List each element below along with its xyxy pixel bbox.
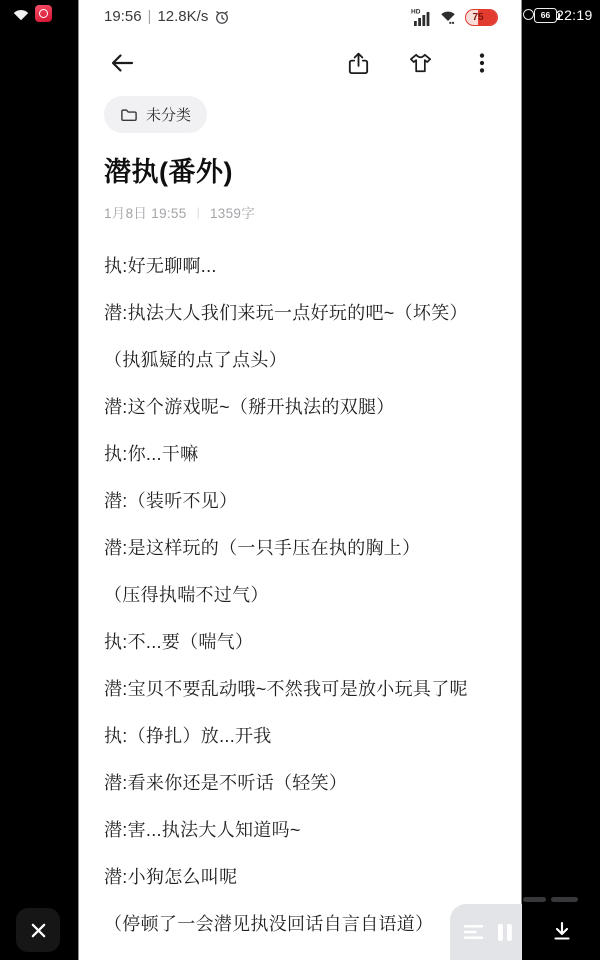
app-notification-icon bbox=[35, 5, 52, 22]
hd-signal-icon: HD bbox=[411, 7, 431, 27]
network-speed: 12.8K/s bbox=[157, 8, 208, 25]
inner-status-right: HD 75 bbox=[411, 7, 498, 27]
svg-text:HD: HD bbox=[411, 9, 421, 16]
screenshot-preview: 19:56 | 12.8K/s HD 75 未分类 潜执(番外) 1月8日 19… bbox=[78, 0, 522, 960]
inner-status-left: 19:56 | 12.8K/s bbox=[104, 8, 230, 25]
progress-dash bbox=[523, 897, 546, 902]
note-paragraph: 潜:这个游戏呢~（掰开执法的双腿） bbox=[104, 397, 503, 417]
floating-tool-panel bbox=[450, 904, 522, 960]
note-body[interactable]: 执:好无聊啊...潜:执法大人我们来玩一点好玩的吧~（坏笑）（执狐疑的点了点头）… bbox=[104, 256, 503, 960]
nav-actions bbox=[343, 48, 497, 78]
note-meta: 1月8日 19:55 | 1359字 bbox=[104, 202, 255, 222]
more-menu-button[interactable] bbox=[467, 48, 497, 78]
status-separator: | bbox=[148, 8, 152, 25]
download-button[interactable] bbox=[549, 918, 575, 944]
note-paragraph: （压得执喘不过气） bbox=[104, 585, 503, 605]
share-button[interactable] bbox=[343, 48, 373, 78]
note-paragraph: 执:好无聊啊... bbox=[104, 256, 503, 276]
download-icon bbox=[550, 919, 574, 943]
note-paragraph: 潜:看来你还是不听话（轻笑） bbox=[104, 773, 503, 793]
outer-wifi-icon bbox=[11, 7, 31, 22]
note-paragraph: （停顿了一会潜见执没回话自言自语道） bbox=[104, 914, 503, 934]
inner-clock: 19:56 bbox=[104, 8, 142, 25]
note-paragraph: 潜:（装听不见） bbox=[104, 491, 503, 511]
align-lines-icon[interactable] bbox=[463, 923, 484, 941]
close-button[interactable] bbox=[16, 908, 60, 952]
note-paragraph: 潜:害...执法大人知道吗~ bbox=[104, 820, 503, 840]
close-icon bbox=[29, 921, 48, 940]
pause-icon[interactable] bbox=[498, 924, 513, 941]
back-button[interactable] bbox=[107, 48, 137, 78]
category-label: 未分类 bbox=[146, 104, 191, 125]
note-paragraph: 执:你...干嘛 bbox=[104, 444, 503, 464]
outer-ring-icon bbox=[523, 9, 534, 20]
meta-divider: | bbox=[197, 205, 200, 219]
note-paragraph: 潜:宝贝不要乱动哦~不然我可是放小玩具了呢 bbox=[104, 679, 503, 699]
note-paragraph: （执狐疑的点了点头） bbox=[104, 350, 503, 370]
note-paragraph: 执:（挣扎）放...开我 bbox=[104, 726, 503, 746]
outer-clock: 22:19 bbox=[556, 7, 593, 23]
inner-wifi-icon bbox=[438, 9, 458, 25]
note-paragraph: 执:不...要（喘气） bbox=[104, 632, 503, 652]
note-word-count: 1359字 bbox=[210, 202, 255, 222]
note-date: 1月8日 19:55 bbox=[104, 202, 187, 222]
note-paragraph: 潜:是这样玩的（一只手压在执的胸上） bbox=[104, 538, 503, 558]
progress-dash bbox=[551, 897, 578, 902]
category-chip[interactable]: 未分类 bbox=[104, 96, 207, 133]
theme-shirt-button[interactable] bbox=[405, 48, 435, 78]
alarm-clock-icon bbox=[214, 9, 230, 25]
inner-battery-pill: 75 bbox=[465, 9, 498, 26]
note-paragraph: 潜:小狗怎么叫呢 bbox=[104, 867, 503, 887]
note-paragraph: 潜:执法大人我们来玩一点好玩的吧~（坏笑） bbox=[104, 303, 503, 323]
outer-battery-indicator: 66 bbox=[534, 8, 557, 23]
note-title: 潜执(番外) bbox=[104, 150, 233, 189]
folder-icon bbox=[120, 107, 138, 123]
